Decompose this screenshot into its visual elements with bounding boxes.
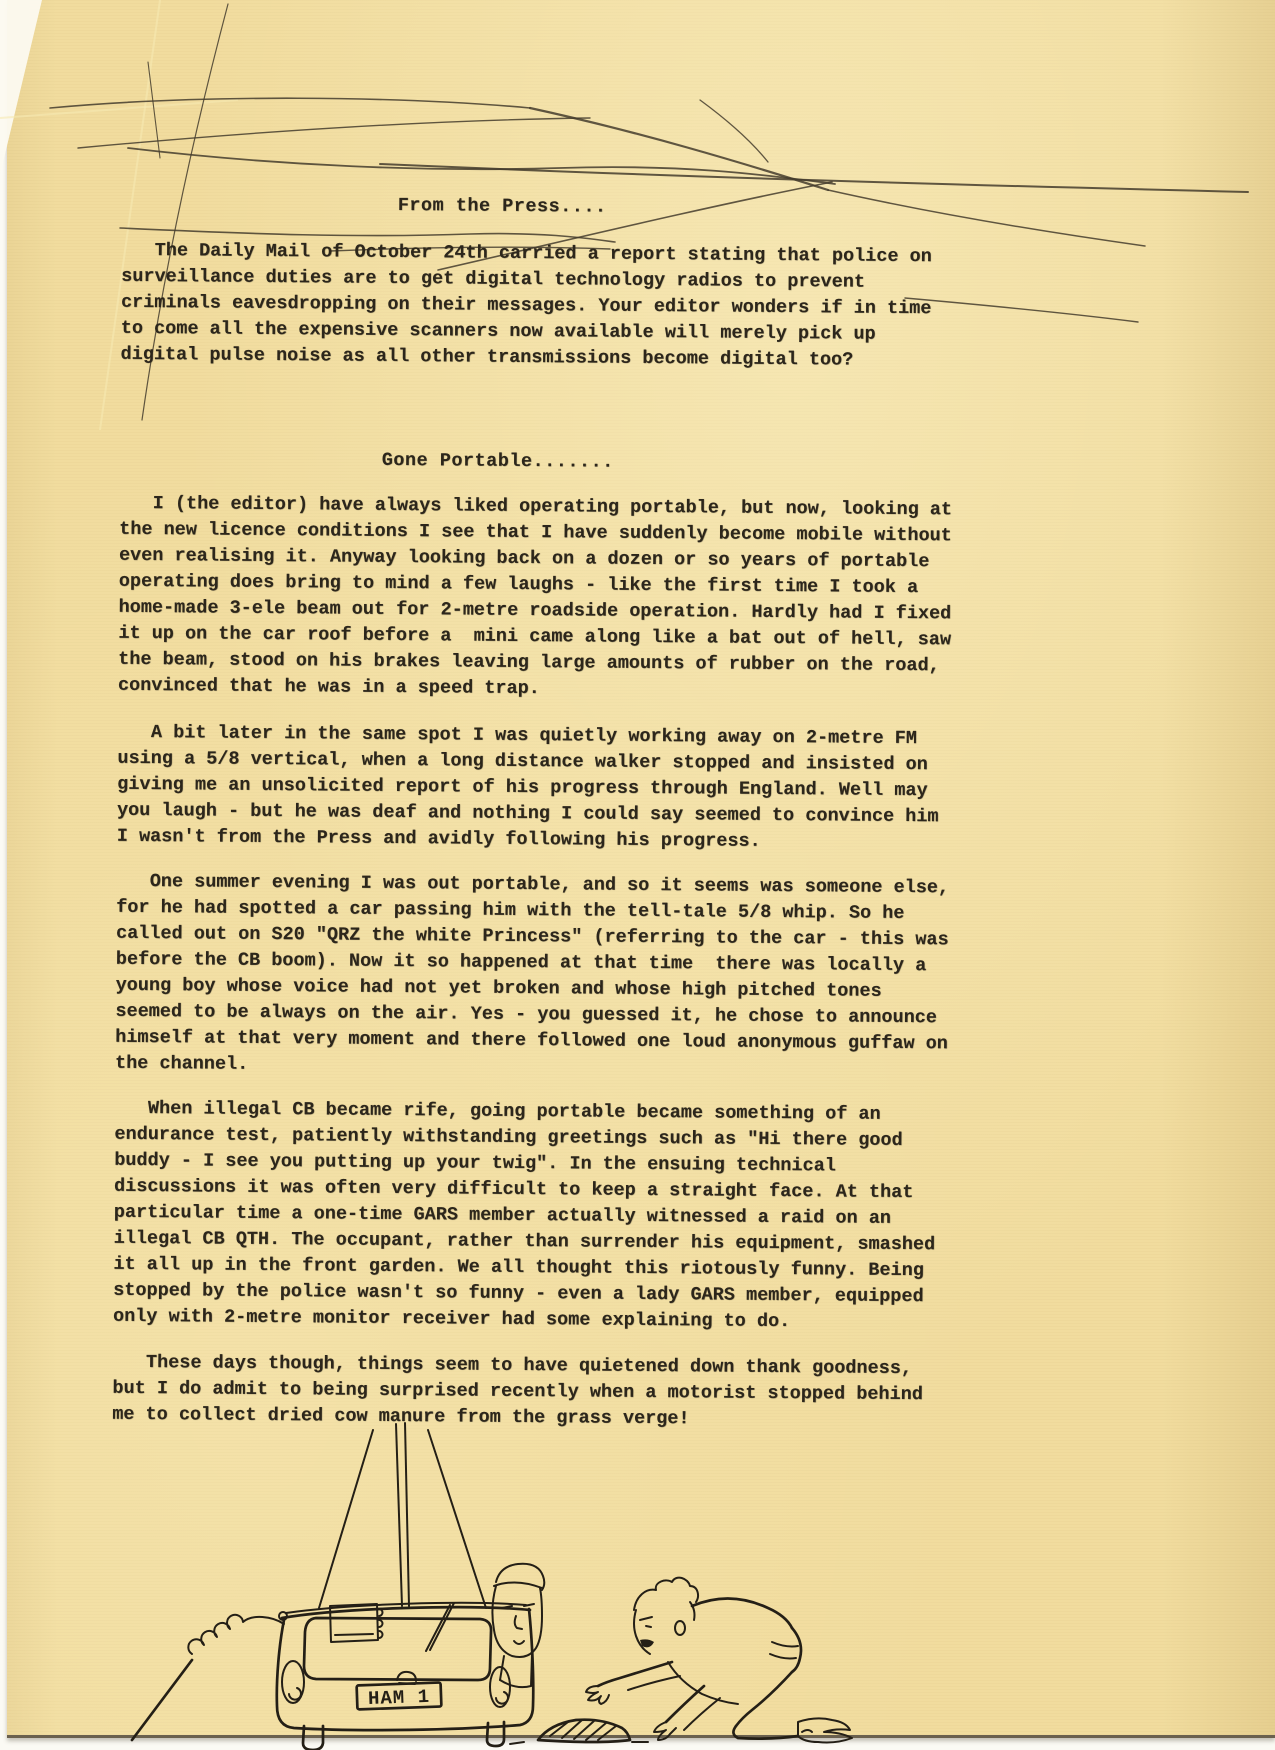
kneeling-man-drawing	[586, 1578, 852, 1743]
license-plate-text: HAM 1	[368, 1686, 431, 1710]
roof-mast-drawing	[319, 1423, 486, 1651]
license-plate: HAM 1	[357, 1683, 442, 1711]
cartoon-illustration: HAM 1	[80, 1410, 880, 1740]
car-rear-drawing: HAM 1	[277, 1603, 533, 1750]
scanned-newsletter-page: From the Press.... The Daily Mail of Oct…	[0, 0, 1275, 1750]
coil-antenna-drawing	[132, 1615, 284, 1740]
driver-head-drawing	[492, 1564, 544, 1687]
